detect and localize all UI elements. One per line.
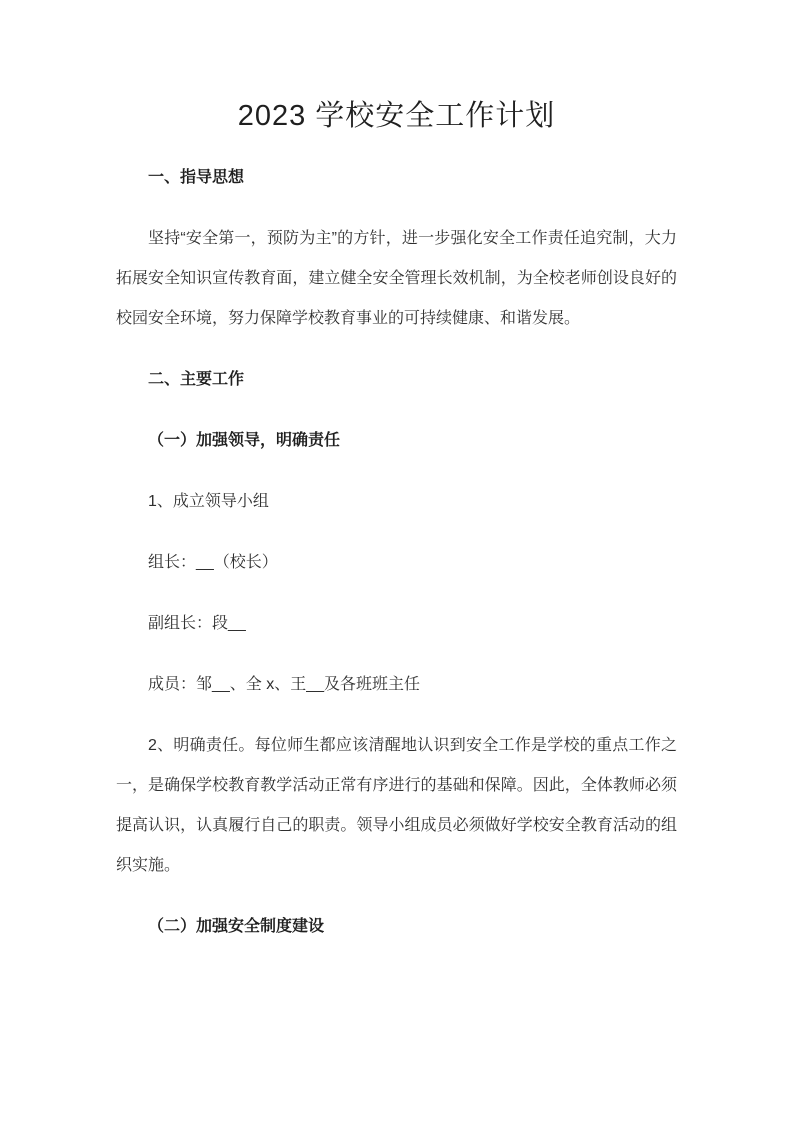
para-deputy-group-leader: 副组长：段__ <box>116 604 677 644</box>
para-establish-leading-group: 1、成立领导小组 <box>116 482 677 522</box>
para-clarify-responsibility: 2、明确责任。每位师生都应该清醒地认识到安全工作是学校的重点工作之一，是确保学校… <box>116 726 677 886</box>
para-members: 成员：邹__、全 x、王__及各班班主任 <box>116 665 677 705</box>
heading-safety-system-building: （二）加强安全制度建设 <box>116 907 677 947</box>
heading-guiding-ideology: 一、指导思想 <box>116 158 677 198</box>
heading-main-work: 二、主要工作 <box>116 360 677 400</box>
document-page: 2023 学校安全工作计划 一、指导思想 坚持“安全第一，预防为主”的方针，进一… <box>0 0 793 1122</box>
para-guiding-ideology-body: 坚持“安全第一，预防为主”的方针，进一步强化安全工作责任追究制，大力拓展安全知识… <box>116 219 677 339</box>
heading-strengthen-leadership: （一）加强领导，明确责任 <box>116 421 677 461</box>
document-title: 2023 学校安全工作计划 <box>116 92 677 140</box>
para-group-leader: 组长：__（校长） <box>116 543 677 583</box>
